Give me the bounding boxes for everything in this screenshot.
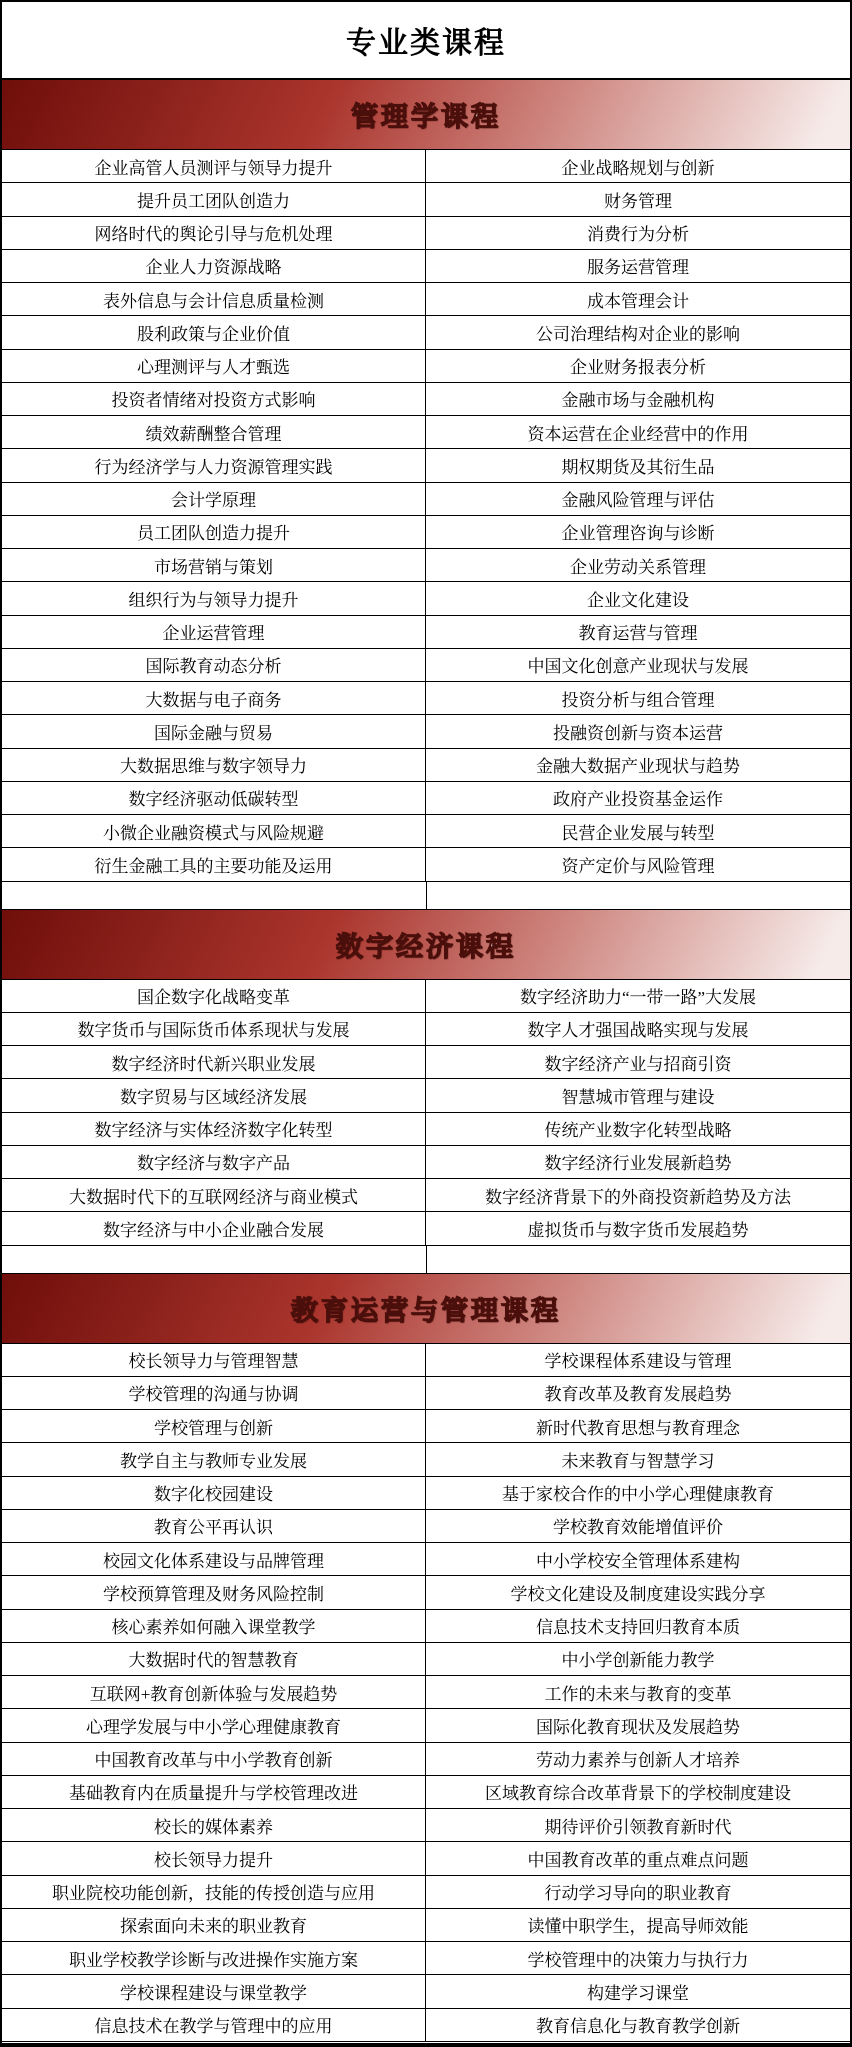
course-cell: 组织行为与领导力提升 (2, 582, 426, 614)
course-cell: 财务管理 (426, 183, 850, 215)
table-row: 教育公平再认识学校教育效能增值评价 (2, 1510, 850, 1543)
course-cell: 数字经济时代新兴职业发展 (2, 1046, 426, 1078)
course-cell: 政府产业投资基金运作 (426, 782, 850, 814)
course-cell: 数字经济与中小企业融合发展 (2, 1212, 426, 1244)
course-cell: 传统产业数字化转型战略 (426, 1113, 850, 1145)
course-cell: 大数据与电子商务 (2, 682, 426, 714)
course-cell: 数字经济与数字产品 (2, 1146, 426, 1178)
table-row: 数字化校园建设基于家校合作的中小学心理健康教育 (2, 1477, 850, 1510)
course-cell: 校长的媒体素养 (2, 1809, 426, 1841)
section-spacer (2, 1246, 850, 1274)
course-catalog: 专业类课程 管理学课程企业高管人员测评与领导力提升企业战略规划与创新提升员工团队… (0, 0, 852, 2047)
course-cell: 基础教育内在质量提升与学校管理改进 (2, 1776, 426, 1808)
table-row: 大数据思维与数字领导力金融大数据产业现状与趋势 (2, 749, 850, 782)
course-cell: 投融资创新与资本运营 (426, 715, 850, 747)
course-cell: 期权期货及其衍生品 (426, 449, 850, 481)
course-cell: 学校教育效能增值评价 (426, 1510, 850, 1542)
table-row: 企业运营管理教育运营与管理 (2, 616, 850, 649)
course-cell: 数字人才强国战略实现与发展 (426, 1013, 850, 1045)
table-row: 学校预算管理及财务风险控制学校文化建设及制度建设实践分享 (2, 1576, 850, 1609)
course-cell: 互联网+教育创新体验与发展趋势 (2, 1676, 426, 1708)
table-row: 衍生金融工具的主要功能及运用资产定价与风险管理 (2, 848, 850, 881)
course-cell: 企业管理咨询与诊断 (426, 516, 850, 548)
course-cell: 智慧城市管理与建设 (426, 1079, 850, 1111)
table-row: 国企数字化战略变革数字经济助力“一带一路”大发展 (2, 980, 850, 1013)
table-row: 数字经济与中小企业融合发展虚拟货币与数字货币发展趋势 (2, 1212, 850, 1245)
table-row: 国际教育动态分析中国文化创意产业现状与发展 (2, 649, 850, 682)
course-cell: 数字经济驱动低碳转型 (2, 782, 426, 814)
course-cell: 校长领导力提升 (2, 1842, 426, 1874)
course-cell: 学校文化建设及制度建设实践分享 (426, 1576, 850, 1608)
table-row: 投资者情绪对投资方式影响金融市场与金融机构 (2, 383, 850, 416)
course-cell: 学校管理与创新 (2, 1410, 426, 1442)
course-cell: 资本运营在企业经营中的作用 (426, 416, 850, 448)
course-cell: 消费行为分析 (426, 217, 850, 249)
course-cell: 职业学校教学诊断与改进操作实施方案 (2, 1942, 426, 1974)
course-cell: 学校课程体系建设与管理 (426, 1344, 850, 1376)
course-cell: 数字化校园建设 (2, 1477, 426, 1509)
course-cell: 教育公平再认识 (2, 1510, 426, 1542)
course-cell: 市场营销与策划 (2, 549, 426, 581)
course-cell: 成本管理会计 (426, 283, 850, 315)
course-cell: 大数据思维与数字领导力 (2, 749, 426, 781)
course-cell: 教学自主与教师专业发展 (2, 1443, 426, 1475)
table-row: 学校课程建设与课堂教学构建学习课堂 (2, 1975, 850, 2008)
course-cell: 企业文化建设 (426, 582, 850, 614)
course-cell: 企业劳动关系管理 (426, 549, 850, 581)
course-cell: 数字经济产业与招商引资 (426, 1046, 850, 1078)
table-row: 企业人力资源战略服务运营管理 (2, 250, 850, 283)
course-cell: 国际金融与贸易 (2, 715, 426, 747)
course-cell: 信息技术在教学与管理中的应用 (2, 2009, 426, 2041)
course-cell: 提升员工团队创造力 (2, 183, 426, 215)
table-row: 股利政策与企业价值公司治理结构对企业的影响 (2, 316, 850, 349)
course-cell: 新时代教育思想与教育理念 (426, 1410, 850, 1442)
table-row: 互联网+教育创新体验与发展趋势工作的未来与教育的变革 (2, 1676, 850, 1709)
course-cell: 国际教育动态分析 (2, 649, 426, 681)
course-cell: 基于家校合作的中小学心理健康教育 (426, 1477, 850, 1509)
table-row: 数字经济与数字产品数字经济行业发展新趋势 (2, 1146, 850, 1179)
course-cell: 中小学校安全管理体系建构 (426, 1543, 850, 1575)
course-cell: 国企数字化战略变革 (2, 980, 426, 1012)
course-cell: 衍生金融工具的主要功能及运用 (2, 848, 426, 880)
course-cell: 网络时代的舆论引导与危机处理 (2, 217, 426, 249)
course-cell: 投资分析与组合管理 (426, 682, 850, 714)
section-header: 数字经济课程 (2, 910, 850, 980)
course-cell: 金融大数据产业现状与趋势 (426, 749, 850, 781)
course-cell: 探索面向未来的职业教育 (2, 1909, 426, 1941)
course-cell: 教育运营与管理 (426, 616, 850, 648)
table-row: 员工团队创造力提升企业管理咨询与诊断 (2, 516, 850, 549)
course-cell: 小微企业融资模式与风险规避 (2, 815, 426, 847)
course-cell: 校园文化体系建设与品牌管理 (2, 1543, 426, 1575)
course-cell: 数字经济背景下的外商投资新趋势及方法 (426, 1179, 850, 1211)
table-row: 网络时代的舆论引导与危机处理消费行为分析 (2, 217, 850, 250)
table-row: 心理学发展与中小学心理健康教育国际化教育现状及发展趋势 (2, 1709, 850, 1742)
course-cell: 心理学发展与中小学心理健康教育 (2, 1709, 426, 1741)
course-cell: 投资者情绪对投资方式影响 (2, 383, 426, 415)
course-cell: 职业院校功能创新，技能的传授创造与应用 (2, 1876, 426, 1908)
table-row: 大数据时代的智慧教育中小学创新能力教学 (2, 1643, 850, 1676)
table-row: 核心素养如何融入课堂教学信息技术支持回归教育本质 (2, 1610, 850, 1643)
course-cell: 信息技术支持回归教育本质 (426, 1610, 850, 1642)
table-row: 学校管理的沟通与协调教育改革及教育发展趋势 (2, 1377, 850, 1410)
table-row: 数字经济时代新兴职业发展数字经济产业与招商引资 (2, 1046, 850, 1079)
course-cell: 民营企业发展与转型 (426, 815, 850, 847)
table-row: 信息技术在教学与管理中的应用教育信息化与教育教学创新 (2, 2009, 850, 2042)
table-row: 校长的媒体素养期待评价引领教育新时代 (2, 1809, 850, 1842)
table-row: 教学自主与教师专业发展未来教育与智慧学习 (2, 1443, 850, 1476)
table-row: 基础教育内在质量提升与学校管理改进区域教育综合改革背景下的学校制度建设 (2, 1776, 850, 1809)
table-row: 大数据时代下的互联网经济与商业模式数字经济背景下的外商投资新趋势及方法 (2, 1179, 850, 1212)
course-cell: 数字贸易与区域经济发展 (2, 1079, 426, 1111)
course-cell: 校长领导力与管理智慧 (2, 1344, 426, 1376)
section-header: 管理学课程 (2, 80, 850, 150)
course-cell: 虚拟货币与数字货币发展趋势 (426, 1212, 850, 1244)
sections: 管理学课程企业高管人员测评与领导力提升企业战略规划与创新提升员工团队创造力财务管… (2, 80, 850, 2042)
table-row: 市场营销与策划企业劳动关系管理 (2, 549, 850, 582)
course-cell: 企业人力资源战略 (2, 250, 426, 282)
course-cell: 企业财务报表分析 (426, 350, 850, 382)
table-row: 职业学校教学诊断与改进操作实施方案学校管理中的决策力与执行力 (2, 1942, 850, 1975)
course-cell: 中国文化创意产业现状与发展 (426, 649, 850, 681)
course-cell: 教育改革及教育发展趋势 (426, 1377, 850, 1409)
course-cell: 股利政策与企业价值 (2, 316, 426, 348)
course-cell: 资产定价与风险管理 (426, 848, 850, 880)
course-cell: 未来教育与智慧学习 (426, 1443, 850, 1475)
course-cell: 学校课程建设与课堂教学 (2, 1975, 426, 2007)
table-row: 数字货币与国际货币体系现状与发展数字人才强国战略实现与发展 (2, 1013, 850, 1046)
course-cell: 构建学习课堂 (426, 1975, 850, 2007)
course-cell: 企业运营管理 (2, 616, 426, 648)
table-row: 数字贸易与区域经济发展智慧城市管理与建设 (2, 1079, 850, 1112)
course-cell: 区域教育综合改革背景下的学校制度建设 (426, 1776, 850, 1808)
course-cell: 数字经济与实体经济数字化转型 (2, 1113, 426, 1145)
course-cell: 行为经济学与人力资源管理实践 (2, 449, 426, 481)
course-cell: 心理测评与人才甄选 (2, 350, 426, 382)
course-cell: 学校管理的沟通与协调 (2, 1377, 426, 1409)
course-cell: 劳动力素养与创新人才培养 (426, 1743, 850, 1775)
table-row: 校长领导力提升中国教育改革的重点难点问题 (2, 1842, 850, 1875)
course-cell: 中小学创新能力教学 (426, 1643, 850, 1675)
page-title: 专业类课程 (2, 2, 850, 80)
course-cell: 中国教育改革与中小学教育创新 (2, 1743, 426, 1775)
course-cell: 大数据时代的智慧教育 (2, 1643, 426, 1675)
course-cell: 工作的未来与教育的变革 (426, 1676, 850, 1708)
course-cell: 中国教育改革的重点难点问题 (426, 1842, 850, 1874)
table-row: 数字经济驱动低碳转型政府产业投资基金运作 (2, 782, 850, 815)
course-cell: 数字经济行业发展新趋势 (426, 1146, 850, 1178)
table-row: 会计学原理金融风险管理与评估 (2, 483, 850, 516)
course-cell: 核心素养如何融入课堂教学 (2, 1610, 426, 1642)
table-row: 企业高管人员测评与领导力提升企业战略规划与创新 (2, 150, 850, 183)
table-row: 校长领导力与管理智慧学校课程体系建设与管理 (2, 1344, 850, 1377)
course-cell: 学校预算管理及财务风险控制 (2, 1576, 426, 1608)
table-row: 职业院校功能创新，技能的传授创造与应用行动学习导向的职业教育 (2, 1876, 850, 1909)
section-spacer (2, 882, 850, 910)
course-cell: 表外信息与会计信息质量检测 (2, 283, 426, 315)
course-cell: 服务运营管理 (426, 250, 850, 282)
course-cell: 企业高管人员测评与领导力提升 (2, 150, 426, 182)
table-row: 组织行为与领导力提升企业文化建设 (2, 582, 850, 615)
course-cell: 行动学习导向的职业教育 (426, 1876, 850, 1908)
course-cell: 员工团队创造力提升 (2, 516, 426, 548)
course-cell: 数字货币与国际货币体系现状与发展 (2, 1013, 426, 1045)
course-cell: 大数据时代下的互联网经济与商业模式 (2, 1179, 426, 1211)
table-row: 心理测评与人才甄选企业财务报表分析 (2, 350, 850, 383)
table-row: 中国教育改革与中小学教育创新劳动力素养与创新人才培养 (2, 1743, 850, 1776)
course-cell: 金融风险管理与评估 (426, 483, 850, 515)
table-row: 学校管理与创新新时代教育思想与教育理念 (2, 1410, 850, 1443)
table-row: 探索面向未来的职业教育读懂中职学生，提高导师效能 (2, 1909, 850, 1942)
course-cell: 数字经济助力“一带一路”大发展 (426, 980, 850, 1012)
course-cell: 期待评价引领教育新时代 (426, 1809, 850, 1841)
table-row: 提升员工团队创造力财务管理 (2, 183, 850, 216)
table-row: 国际金融与贸易投融资创新与资本运营 (2, 715, 850, 748)
table-row: 数字经济与实体经济数字化转型传统产业数字化转型战略 (2, 1113, 850, 1146)
course-cell: 会计学原理 (2, 483, 426, 515)
course-cell: 企业战略规划与创新 (426, 150, 850, 182)
table-row: 表外信息与会计信息质量检测成本管理会计 (2, 283, 850, 316)
course-cell: 教育信息化与教育教学创新 (426, 2009, 850, 2041)
table-row: 行为经济学与人力资源管理实践期权期货及其衍生品 (2, 449, 850, 482)
course-cell: 国际化教育现状及发展趋势 (426, 1709, 850, 1741)
table-row: 校园文化体系建设与品牌管理中小学校安全管理体系建构 (2, 1543, 850, 1576)
table-row: 大数据与电子商务投资分析与组合管理 (2, 682, 850, 715)
table-row: 小微企业融资模式与风险规避民营企业发展与转型 (2, 815, 850, 848)
course-cell: 公司治理结构对企业的影响 (426, 316, 850, 348)
section-header: 教育运营与管理课程 (2, 1274, 850, 1344)
course-cell: 学校管理中的决策力与执行力 (426, 1942, 850, 1974)
course-cell: 读懂中职学生，提高导师效能 (426, 1909, 850, 1941)
table-row: 绩效薪酬整合管理资本运营在企业经营中的作用 (2, 416, 850, 449)
course-cell: 绩效薪酬整合管理 (2, 416, 426, 448)
course-cell: 金融市场与金融机构 (426, 383, 850, 415)
